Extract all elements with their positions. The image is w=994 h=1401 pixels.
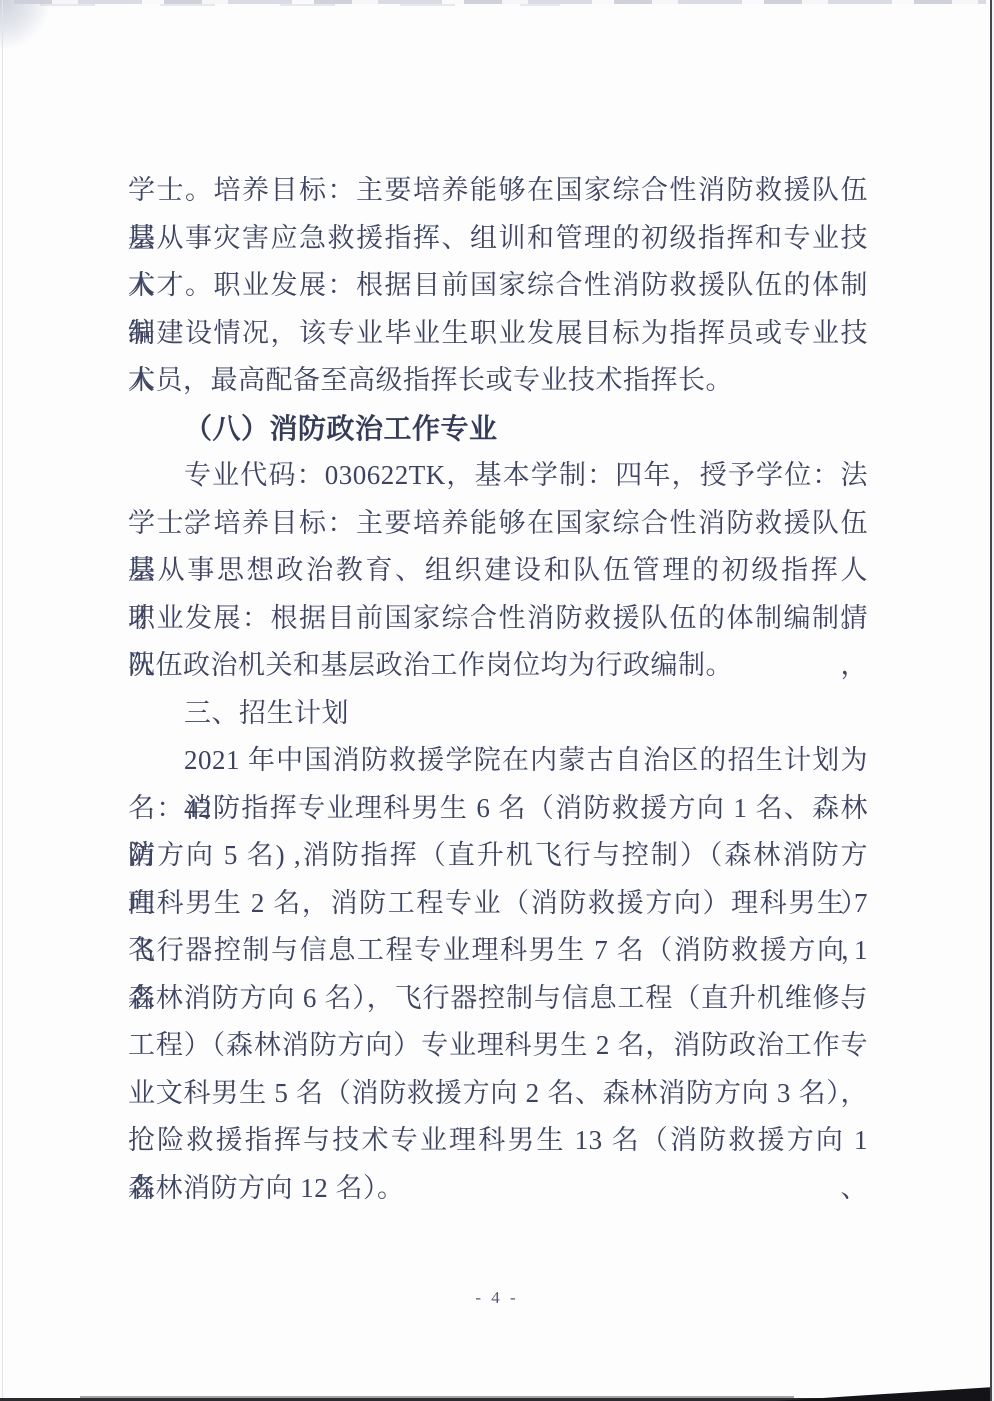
text-line: 飞行器控制与信息工程专业理科男生 7 名（消防救援方向 1 名、 — [128, 927, 868, 975]
text-line: 职业发展：根据目前国家综合性消防救援队伍的体制编制情况， — [128, 595, 868, 643]
text-line: 人才。职业发展：根据目前国家综合性消防救援队伍的体制编 — [128, 262, 868, 310]
text-line: 专业代码：030622TK，基本学制：四年，授予学位：法学 — [128, 452, 868, 500]
scan-artifact-left-edge — [2, 0, 3, 1401]
text-line: 人员，最高配备至高级指挥长或专业技术指挥长。 — [128, 357, 868, 405]
text-line: 制建设情况，该专业毕业生职业发展目标为指挥员或专业技术 — [128, 310, 868, 358]
text-line: 学士。培养目标：主要培养能够在国家综合性消防救援队伍基 — [128, 167, 868, 215]
scanned-document-page: 学士。培养目标：主要培养能够在国家综合性消防救援队伍基 层从事灾害应急救援指挥、… — [0, 0, 994, 1401]
section-heading: （八）消防政治工作专业 — [128, 405, 868, 453]
text-line: 业文科男生 5 名（消防救援方向 2 名、森林消防方向 3 名）， — [128, 1070, 868, 1118]
document-body: 学士。培养目标：主要培养能够在国家综合性消防救援队伍基 层从事灾害应急救援指挥、… — [128, 167, 868, 1212]
text-line: 层从事灾害应急救援指挥、组训和管理的初级指挥和专业技术 — [128, 215, 868, 263]
text-line: 学士。培养目标：主要培养能够在国家综合性消防救援队伍基 — [128, 500, 868, 548]
text-line: 2021 年中国消防救援学院在内蒙古自治区的招生计划为 42 — [128, 737, 868, 785]
scan-artifact-corner-blob — [0, 0, 52, 48]
scan-artifact-top-noise — [40, 4, 560, 6]
text-line: 工程）（森林消防方向）专业理科男生 2 名，消防政治工作专 — [128, 1022, 868, 1070]
text-line: 防方向 5 名) ,消防指挥（直升机飞行与控制）（森林消防方向） — [128, 832, 868, 880]
scan-artifact-bottom-right-wedge — [776, 1387, 994, 1401]
text-line: 层从事思想政治教育、组织建设和队伍管理的初级指挥人才。 — [128, 547, 868, 595]
text-line: 理科男生 2 名，消防工程专业（消防救援方向）理科男生 7 名， — [128, 880, 868, 928]
text-line: 抢险救援指挥与技术专业理科男生 13 名（消防救援方向 1 名、 — [128, 1117, 868, 1165]
text-line: 森林消防方向 6 名），飞行器控制与信息工程（直升机维修与 — [128, 975, 868, 1023]
scan-artifact-right-edge — [990, 0, 992, 1401]
section-heading: 三、招生计划 — [128, 690, 868, 738]
text-line: 名：消防指挥专业理科男生 6 名（消防救援方向 1 名、森林消 — [128, 785, 868, 833]
page-number: - 4 - — [0, 1288, 994, 1308]
